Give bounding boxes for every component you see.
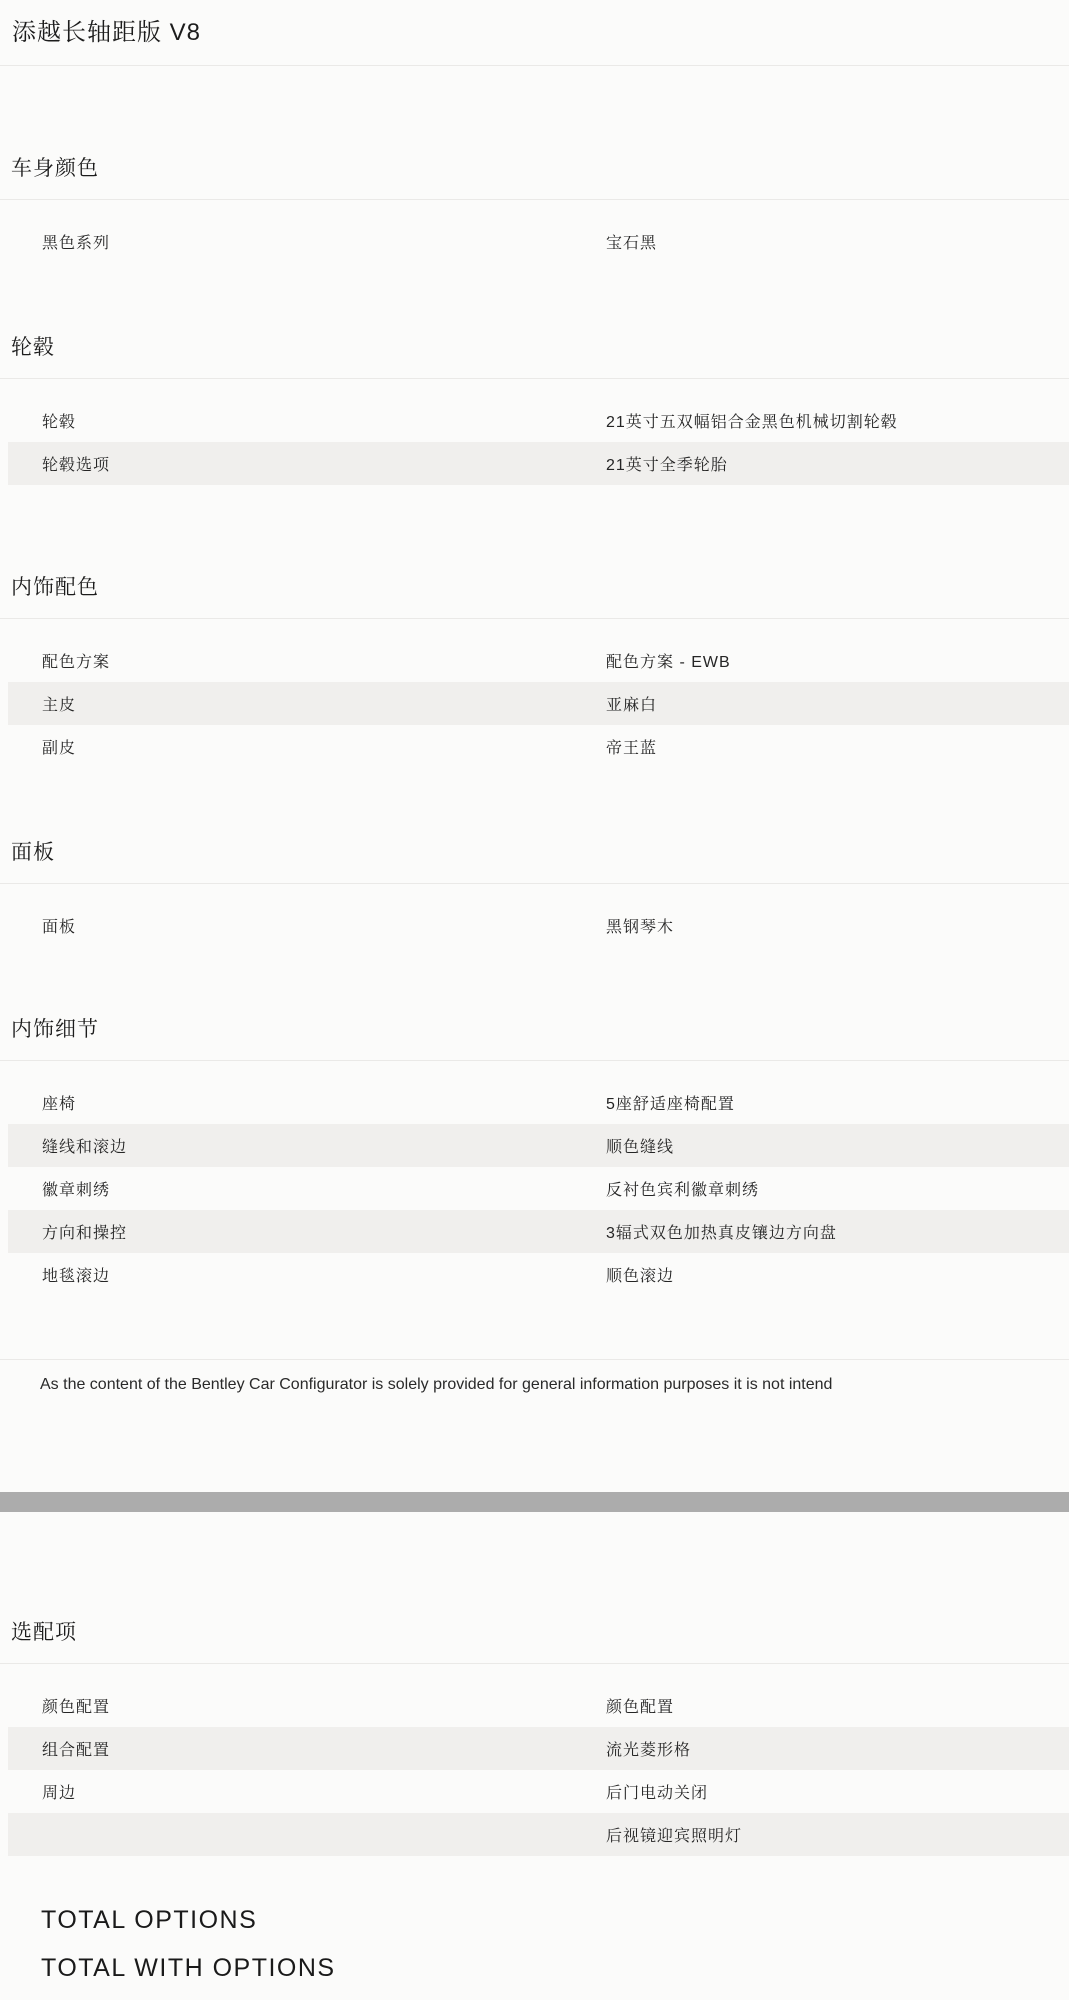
total-with-options-label: TOTAL WITH OPTIONS bbox=[41, 1953, 1069, 1983]
config-row-value: 21英寸五双幅铝合金黑色机械切割轮毂 bbox=[606, 409, 1069, 432]
section-rows: 面板 黑钢琴木 bbox=[0, 904, 1069, 947]
section-heading-wheels: 轮毂 bbox=[0, 333, 1069, 363]
section-heading-interior-colors: 内饰配色 bbox=[0, 573, 1069, 603]
config-row: 面板 黑钢琴木 bbox=[0, 904, 1069, 947]
section-heading-body-color: 车身颜色 bbox=[0, 154, 1069, 184]
footer-divider bbox=[0, 1359, 1069, 1360]
config-row-value: 3辐式双色加热真皮镶边方向盘 bbox=[606, 1220, 1069, 1243]
config-row: 缝线和滚边 顺色缝线 bbox=[0, 1124, 1069, 1167]
section-divider bbox=[0, 378, 1069, 379]
totals-block: TOTAL OPTIONS TOTAL WITH OPTIONS bbox=[0, 1905, 1069, 1983]
config-row-label: 方向和操控 bbox=[0, 1220, 606, 1243]
config-row: 徽章刺绣 反衬色宾利徽章刺绣 bbox=[0, 1167, 1069, 1210]
config-row-label: 徽章刺绣 bbox=[0, 1177, 606, 1200]
section-body-color: 车身颜色 黑色系列 宝石黑 bbox=[0, 154, 1069, 263]
section-heading-veneer: 面板 bbox=[0, 838, 1069, 868]
config-row-label: 配色方案 bbox=[0, 649, 606, 672]
section-divider bbox=[0, 618, 1069, 619]
config-row-value: 黑钢琴木 bbox=[606, 914, 1069, 937]
config-row-label: 颜色配置 bbox=[0, 1694, 606, 1717]
section-divider bbox=[0, 199, 1069, 200]
config-row-label: 副皮 bbox=[0, 735, 606, 758]
config-row: 组合配置 流光菱形格 bbox=[0, 1727, 1069, 1770]
config-row-value: 后门电动关闭 bbox=[606, 1780, 1069, 1803]
config-row: 颜色配置 颜色配置 bbox=[0, 1684, 1069, 1727]
section-rows: 座椅 5座舒适座椅配置 缝线和滚边 顺色缝线 徽章刺绣 反衬色宾利徽章刺绣 方向… bbox=[0, 1081, 1069, 1296]
config-row: 黑色系列 宝石黑 bbox=[0, 220, 1069, 263]
config-row: 副皮 帝王蓝 bbox=[0, 725, 1069, 768]
total-options-label: TOTAL OPTIONS bbox=[41, 1905, 1069, 1935]
section-interior-details: 内饰细节 座椅 5座舒适座椅配置 缝线和滚边 顺色缝线 徽章刺绣 反衬色宾利徽章… bbox=[0, 1015, 1069, 1296]
section-divider bbox=[0, 883, 1069, 884]
config-row-label: 座椅 bbox=[0, 1091, 606, 1114]
section-divider bbox=[0, 1060, 1069, 1061]
config-row-label: 地毯滚边 bbox=[0, 1263, 606, 1286]
section-veneer: 面板 面板 黑钢琴木 bbox=[0, 838, 1069, 947]
configurator-summary-page: 添越长轴距版 V8 车身颜色 黑色系列 宝石黑 轮毂 轮毂 21英寸五双幅铝合金… bbox=[0, 0, 1069, 2000]
config-row: 后视镜迎宾照明灯 bbox=[0, 1813, 1069, 1856]
config-row-value: 宝石黑 bbox=[606, 230, 1069, 253]
config-row: 周边 后门电动关闭 bbox=[0, 1770, 1069, 1813]
config-row-label: 周边 bbox=[0, 1780, 606, 1803]
config-row-label: 轮毂选项 bbox=[0, 452, 606, 475]
config-row: 地毯滚边 顺色滚边 bbox=[0, 1253, 1069, 1296]
config-row-value: 21英寸全季轮胎 bbox=[606, 452, 1069, 475]
config-row-label: 缝线和滚边 bbox=[0, 1134, 606, 1157]
title-divider bbox=[0, 65, 1069, 66]
config-row: 配色方案 配色方案 - EWB bbox=[0, 639, 1069, 682]
config-row-value: 配色方案 - EWB bbox=[606, 649, 1069, 672]
config-row-value: 帝王蓝 bbox=[606, 735, 1069, 758]
section-heading-interior-details: 内饰细节 bbox=[0, 1015, 1069, 1045]
section-rows: 配色方案 配色方案 - EWB 主皮 亚麻白 副皮 帝王蓝 bbox=[0, 639, 1069, 768]
config-row-value: 流光菱形格 bbox=[606, 1737, 1069, 1760]
footer-disclaimer: As the content of the Bentley Car Config… bbox=[0, 1373, 1069, 1397]
config-row-value: 颜色配置 bbox=[606, 1694, 1069, 1717]
config-row-value: 反衬色宾利徽章刺绣 bbox=[606, 1177, 1069, 1200]
config-row-label: 组合配置 bbox=[0, 1737, 606, 1760]
page-title: 添越长轴距版 V8 bbox=[0, 0, 1069, 48]
config-row-value: 亚麻白 bbox=[606, 692, 1069, 715]
config-row: 座椅 5座舒适座椅配置 bbox=[0, 1081, 1069, 1124]
section-rows: 颜色配置 颜色配置 组合配置 流光菱形格 周边 后门电动关闭 后视镜迎宾照明灯 bbox=[0, 1684, 1069, 1856]
section-separator-bar bbox=[0, 1492, 1069, 1512]
section-interior-colors: 内饰配色 配色方案 配色方案 - EWB 主皮 亚麻白 副皮 帝王蓝 bbox=[0, 573, 1069, 768]
section-heading-options: 选配项 bbox=[0, 1618, 1069, 1648]
config-row: 方向和操控 3辐式双色加热真皮镶边方向盘 bbox=[0, 1210, 1069, 1253]
section-divider bbox=[0, 1663, 1069, 1664]
config-row: 轮毂选项 21英寸全季轮胎 bbox=[0, 442, 1069, 485]
config-row-label: 轮毂 bbox=[0, 409, 606, 432]
config-row-value: 顺色滚边 bbox=[606, 1263, 1069, 1286]
section-wheels: 轮毂 轮毂 21英寸五双幅铝合金黑色机械切割轮毂 轮毂选项 21英寸全季轮胎 bbox=[0, 333, 1069, 485]
config-row-label: 黑色系列 bbox=[0, 230, 606, 253]
section-options: 选配项 颜色配置 颜色配置 组合配置 流光菱形格 周边 后门电动关闭 后视镜迎宾… bbox=[0, 1618, 1069, 1856]
config-row-label: 面板 bbox=[0, 914, 606, 937]
config-row-value: 5座舒适座椅配置 bbox=[606, 1091, 1069, 1114]
config-row-value: 后视镜迎宾照明灯 bbox=[606, 1823, 1069, 1846]
config-row: 轮毂 21英寸五双幅铝合金黑色机械切割轮毂 bbox=[0, 399, 1069, 442]
config-row: 主皮 亚麻白 bbox=[0, 682, 1069, 725]
config-row-label: 主皮 bbox=[0, 692, 606, 715]
section-rows: 轮毂 21英寸五双幅铝合金黑色机械切割轮毂 轮毂选项 21英寸全季轮胎 bbox=[0, 399, 1069, 485]
config-row-value: 顺色缝线 bbox=[606, 1134, 1069, 1157]
section-rows: 黑色系列 宝石黑 bbox=[0, 220, 1069, 263]
